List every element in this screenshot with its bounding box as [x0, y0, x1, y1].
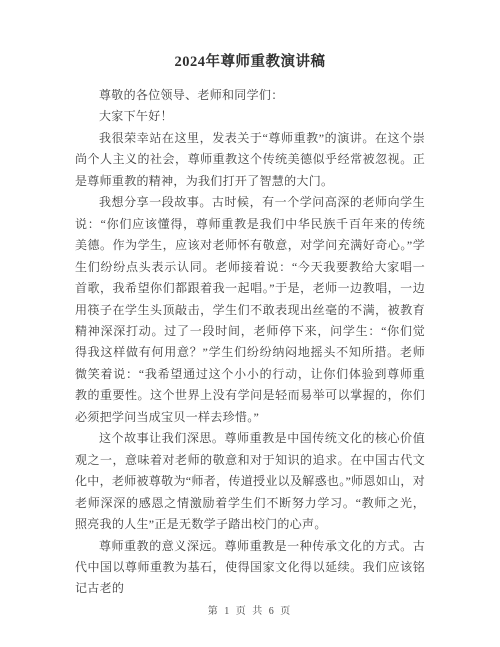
paragraph-story: 我想分享一段故事。古时候，有一个学问高深的老师向学生说：“你们应该懂得，尊师重教…: [75, 192, 425, 428]
document-page: 2024年尊师重教演讲稿 尊敬的各位领导、老师和同学们： 大家下午好！ 我很荣幸…: [0, 0, 500, 647]
page-number-footer: 第 1 页 共 6 页: [0, 602, 500, 617]
salutation-line: 尊敬的各位领导、老师和同学们：: [75, 85, 425, 106]
greeting-line: 大家下午好！: [75, 106, 425, 127]
paragraph-meaning: 尊师重教的意义深远。尊师重教是一种传承文化的方式。古代中国以尊师重教为基石，使得…: [75, 536, 425, 600]
document-content: 2024年尊师重教演讲稿 尊敬的各位领导、老师和同学们： 大家下午好！ 我很荣幸…: [0, 0, 500, 600]
paragraph-intro: 我很荣幸站在这里，发表关于“尊师重教”的演讲。在这个崇尚个人主义的社会，尊师重教…: [75, 128, 425, 192]
paragraph-reflection: 这个故事让我们深思。尊师重教是中国传统文化的核心价值观之一，意味着对老师的敬意和…: [75, 428, 425, 535]
document-title: 2024年尊师重教演讲稿: [75, 52, 425, 72]
